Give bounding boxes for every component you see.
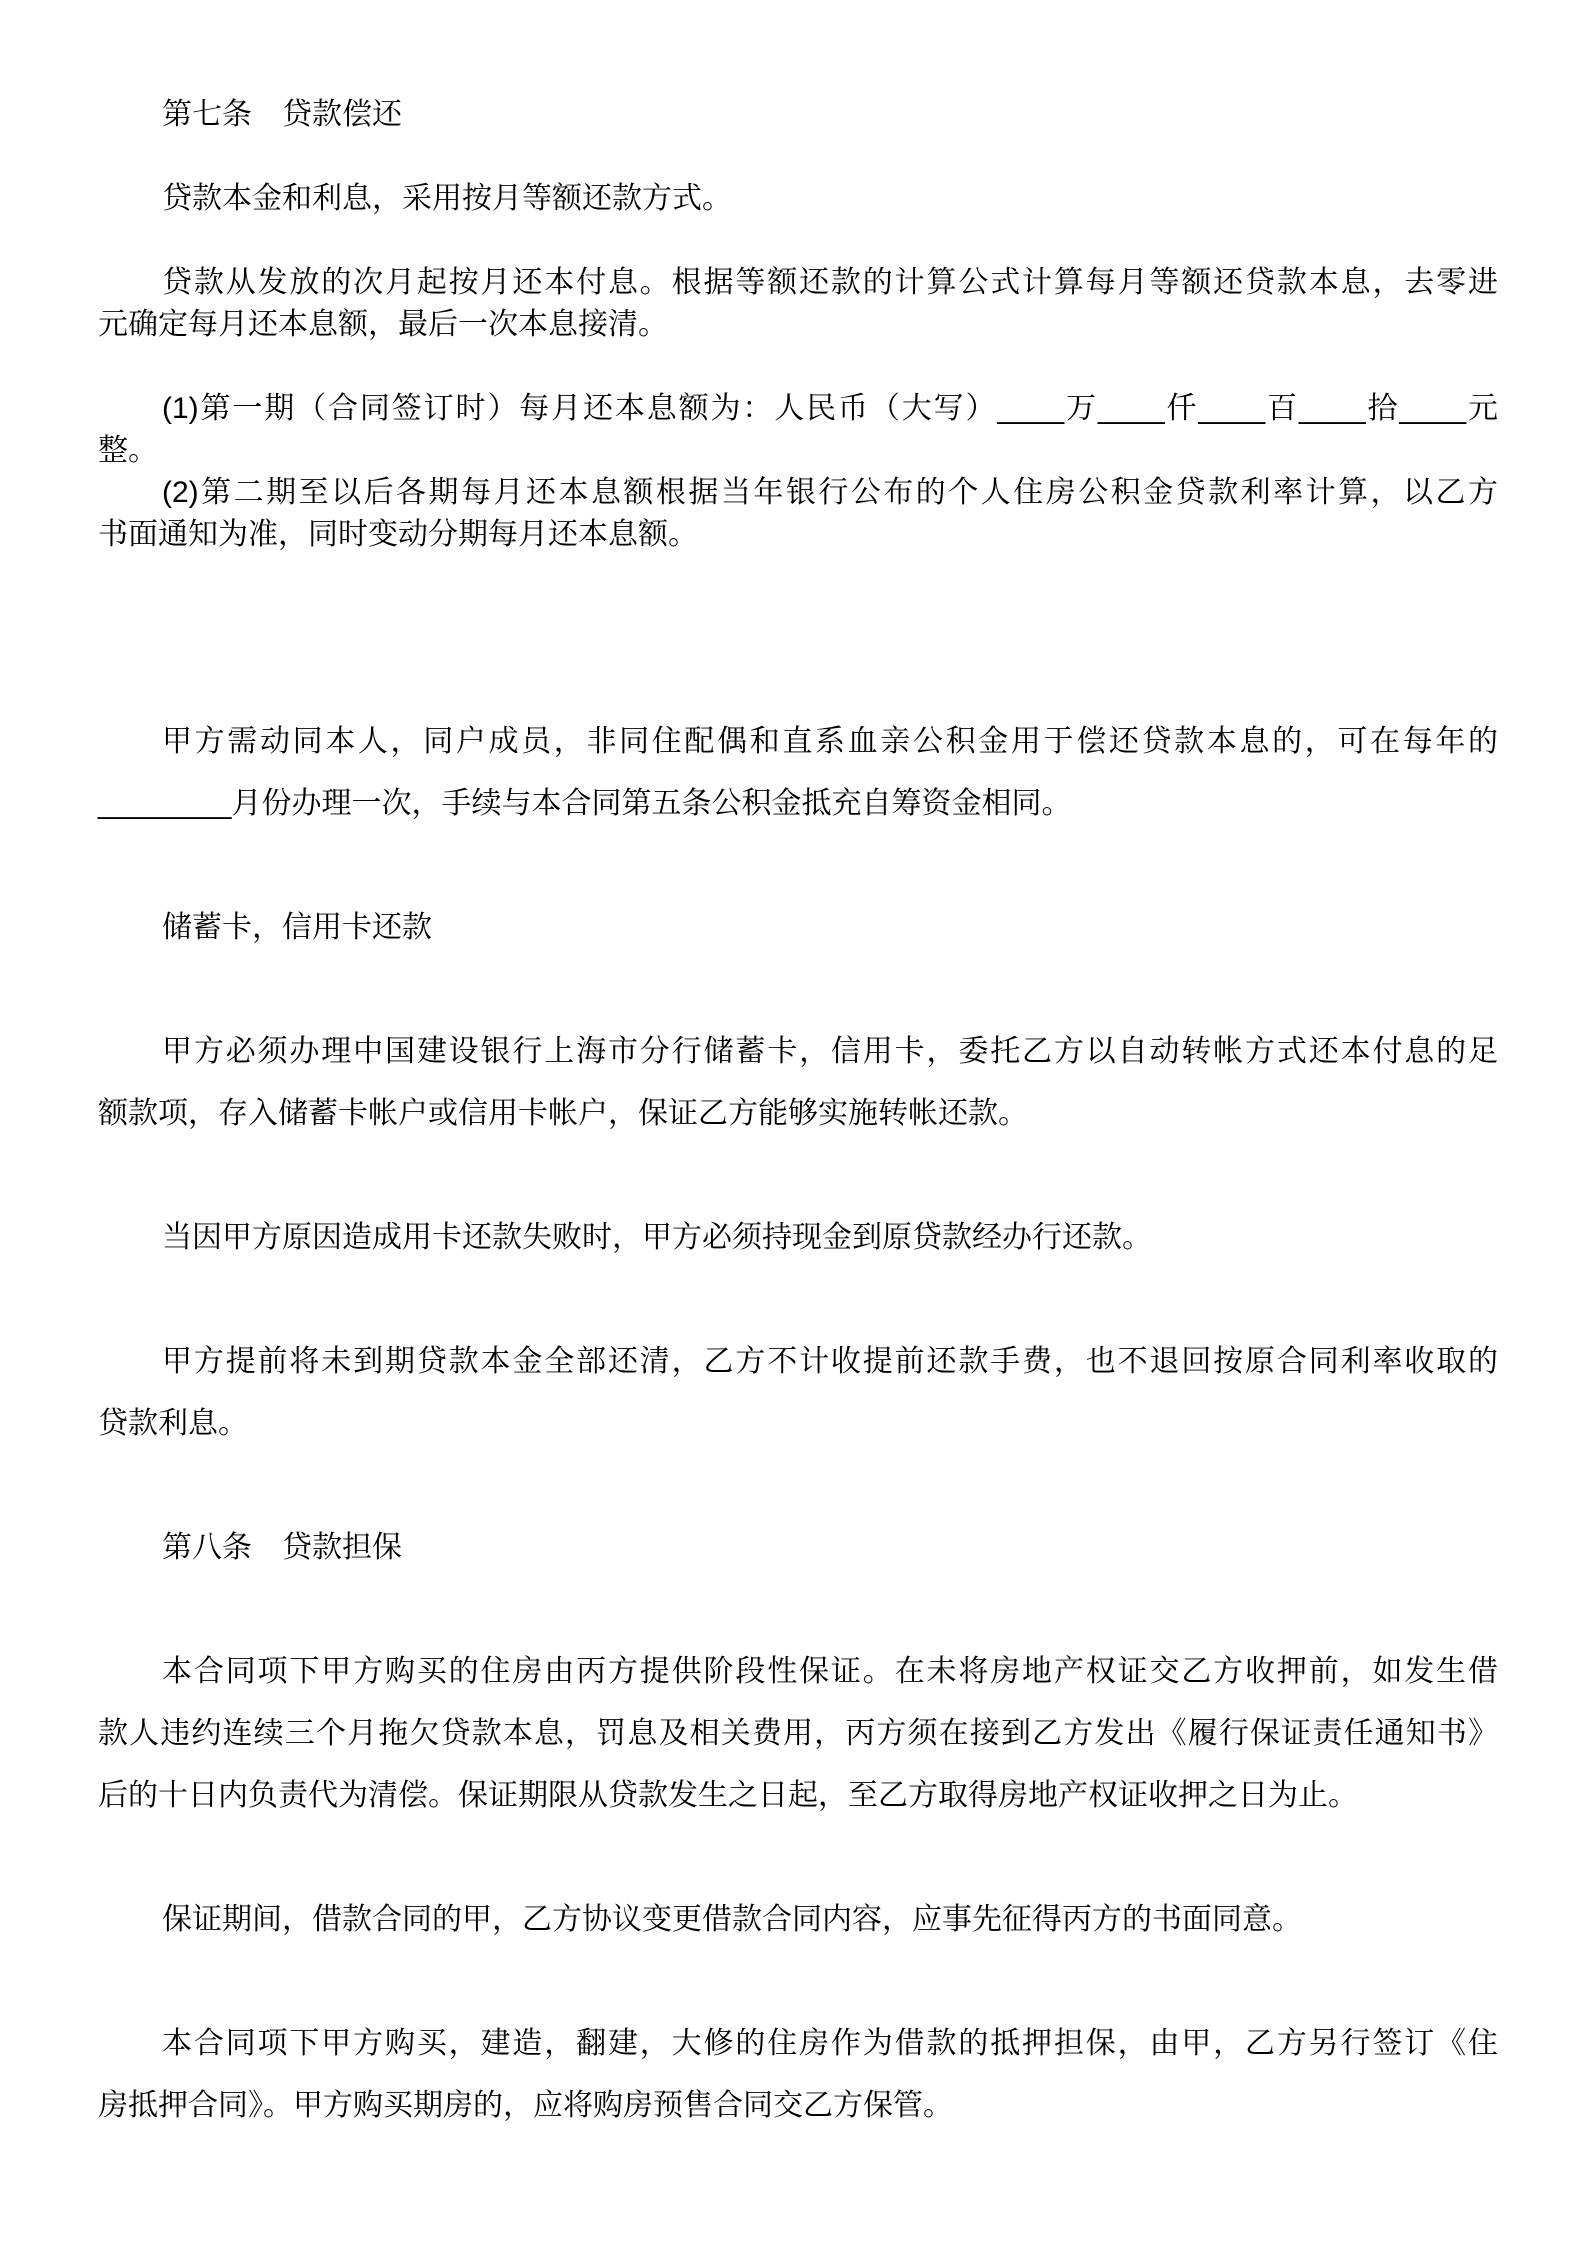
- article-7-section: 第七条 贷款偿还 贷款本金和利息，采用按月等额还款方式。 贷款从发放的次月起按月…: [98, 94, 1498, 556]
- article-7-8-body-section: 甲方需动同本人，同户成员，非同住配偶和直系血亲公积金用于偿还贷款本息的，可在每年…: [98, 711, 1498, 2137]
- section-gap: [98, 556, 1498, 711]
- card-repayment-heading: 储蓄卡，信用卡还款: [98, 897, 1498, 959]
- blank-line: [98, 835, 1498, 897]
- fund-withdrawal-line-1: 甲方需动同本人，同户成员，非同住配偶和直系血亲公积金用于偿还贷款本息的，可在每年…: [98, 711, 1498, 773]
- repayment-schedule-line-2: 元确定每月还本息额，最后一次本息接清。: [98, 304, 1498, 346]
- first-installment-line-1: (1)第一期（合同签订时）每月还本息额为：人民币（大写）____万____仟__…: [98, 388, 1498, 430]
- blank-line: [98, 220, 1498, 262]
- blank-line: [98, 346, 1498, 388]
- blank-line: [98, 1827, 1498, 1889]
- early-repayment-line-1: 甲方提前将未到期贷款本金全部还清，乙方不计收提前还款手费，也不退回按原合同利率收…: [98, 1331, 1498, 1393]
- blank-line: [98, 959, 1498, 1021]
- blank-line: [98, 1455, 1498, 1517]
- article-8-heading: 第八条 贷款担保: [98, 1517, 1498, 1579]
- first-installment-line-2: 整。: [98, 430, 1498, 472]
- early-repayment-line-2: 贷款利息。: [98, 1393, 1498, 1455]
- blank-line: [98, 136, 1498, 178]
- mortgage-line-1: 本合同项下甲方购买，建造，翻建，大修的住房作为借款的抵押担保，由甲，乙方另行签订…: [98, 2013, 1498, 2075]
- contract-document-page: 第七条 贷款偿还 贷款本金和利息，采用按月等额还款方式。 贷款从发放的次月起按月…: [0, 0, 1587, 2245]
- mortgage-line-2: 房抵押合同》。甲方购买期房的，应将购房预售合同交乙方保管。: [98, 2075, 1498, 2137]
- blank-line: [98, 1951, 1498, 2013]
- guarantee-line-3: 后的十日内负责代为清偿。保证期限从贷款发生之日起，至乙方取得房地产权证收押之日为…: [98, 1765, 1498, 1827]
- article-7-heading: 第七条 贷款偿还: [98, 94, 1498, 136]
- card-requirement-line-2: 额款项，存入储蓄卡帐户或信用卡帐户，保证乙方能够实施转帐还款。: [98, 1083, 1498, 1145]
- card-requirement-line-1: 甲方必须办理中国建设银行上海市分行储蓄卡，信用卡，委托乙方以自动转帐方式还本付息…: [98, 1021, 1498, 1083]
- fund-withdrawal-line-2: ________月份办理一次，手续与本合同第五条公积金抵充自筹资金相同。: [98, 773, 1498, 835]
- blank-line: [98, 1579, 1498, 1641]
- guarantee-consent-line: 保证期间，借款合同的甲，乙方协议变更借款合同内容，应事先征得丙方的书面同意。: [98, 1889, 1498, 1951]
- blank-line: [98, 1269, 1498, 1331]
- card-failure-line: 当因甲方原因造成用卡还款失败时，甲方必须持现金到原贷款经办行还款。: [98, 1207, 1498, 1269]
- guarantee-line-1: 本合同项下甲方购买的住房由丙方提供阶段性保证。在未将房地产权证交乙方收押前，如发…: [98, 1641, 1498, 1703]
- subsequent-installments-line-1: (2)第二期至以后各期每月还本息额根据当年银行公布的个人住房公积金贷款利率计算，…: [98, 472, 1498, 514]
- repayment-method-line: 贷款本金和利息，采用按月等额还款方式。: [98, 178, 1498, 220]
- subsequent-installments-line-2: 书面通知为准，同时变动分期每月还本息额。: [98, 514, 1498, 556]
- repayment-schedule-line-1: 贷款从发放的次月起按月还本付息。根据等额还款的计算公式计算每月等额还贷款本息，去…: [98, 262, 1498, 304]
- guarantee-line-2: 款人违约连续三个月拖欠贷款本息，罚息及相关费用，丙方须在接到乙方发出《履行保证责…: [98, 1703, 1498, 1765]
- blank-line: [98, 1145, 1498, 1207]
